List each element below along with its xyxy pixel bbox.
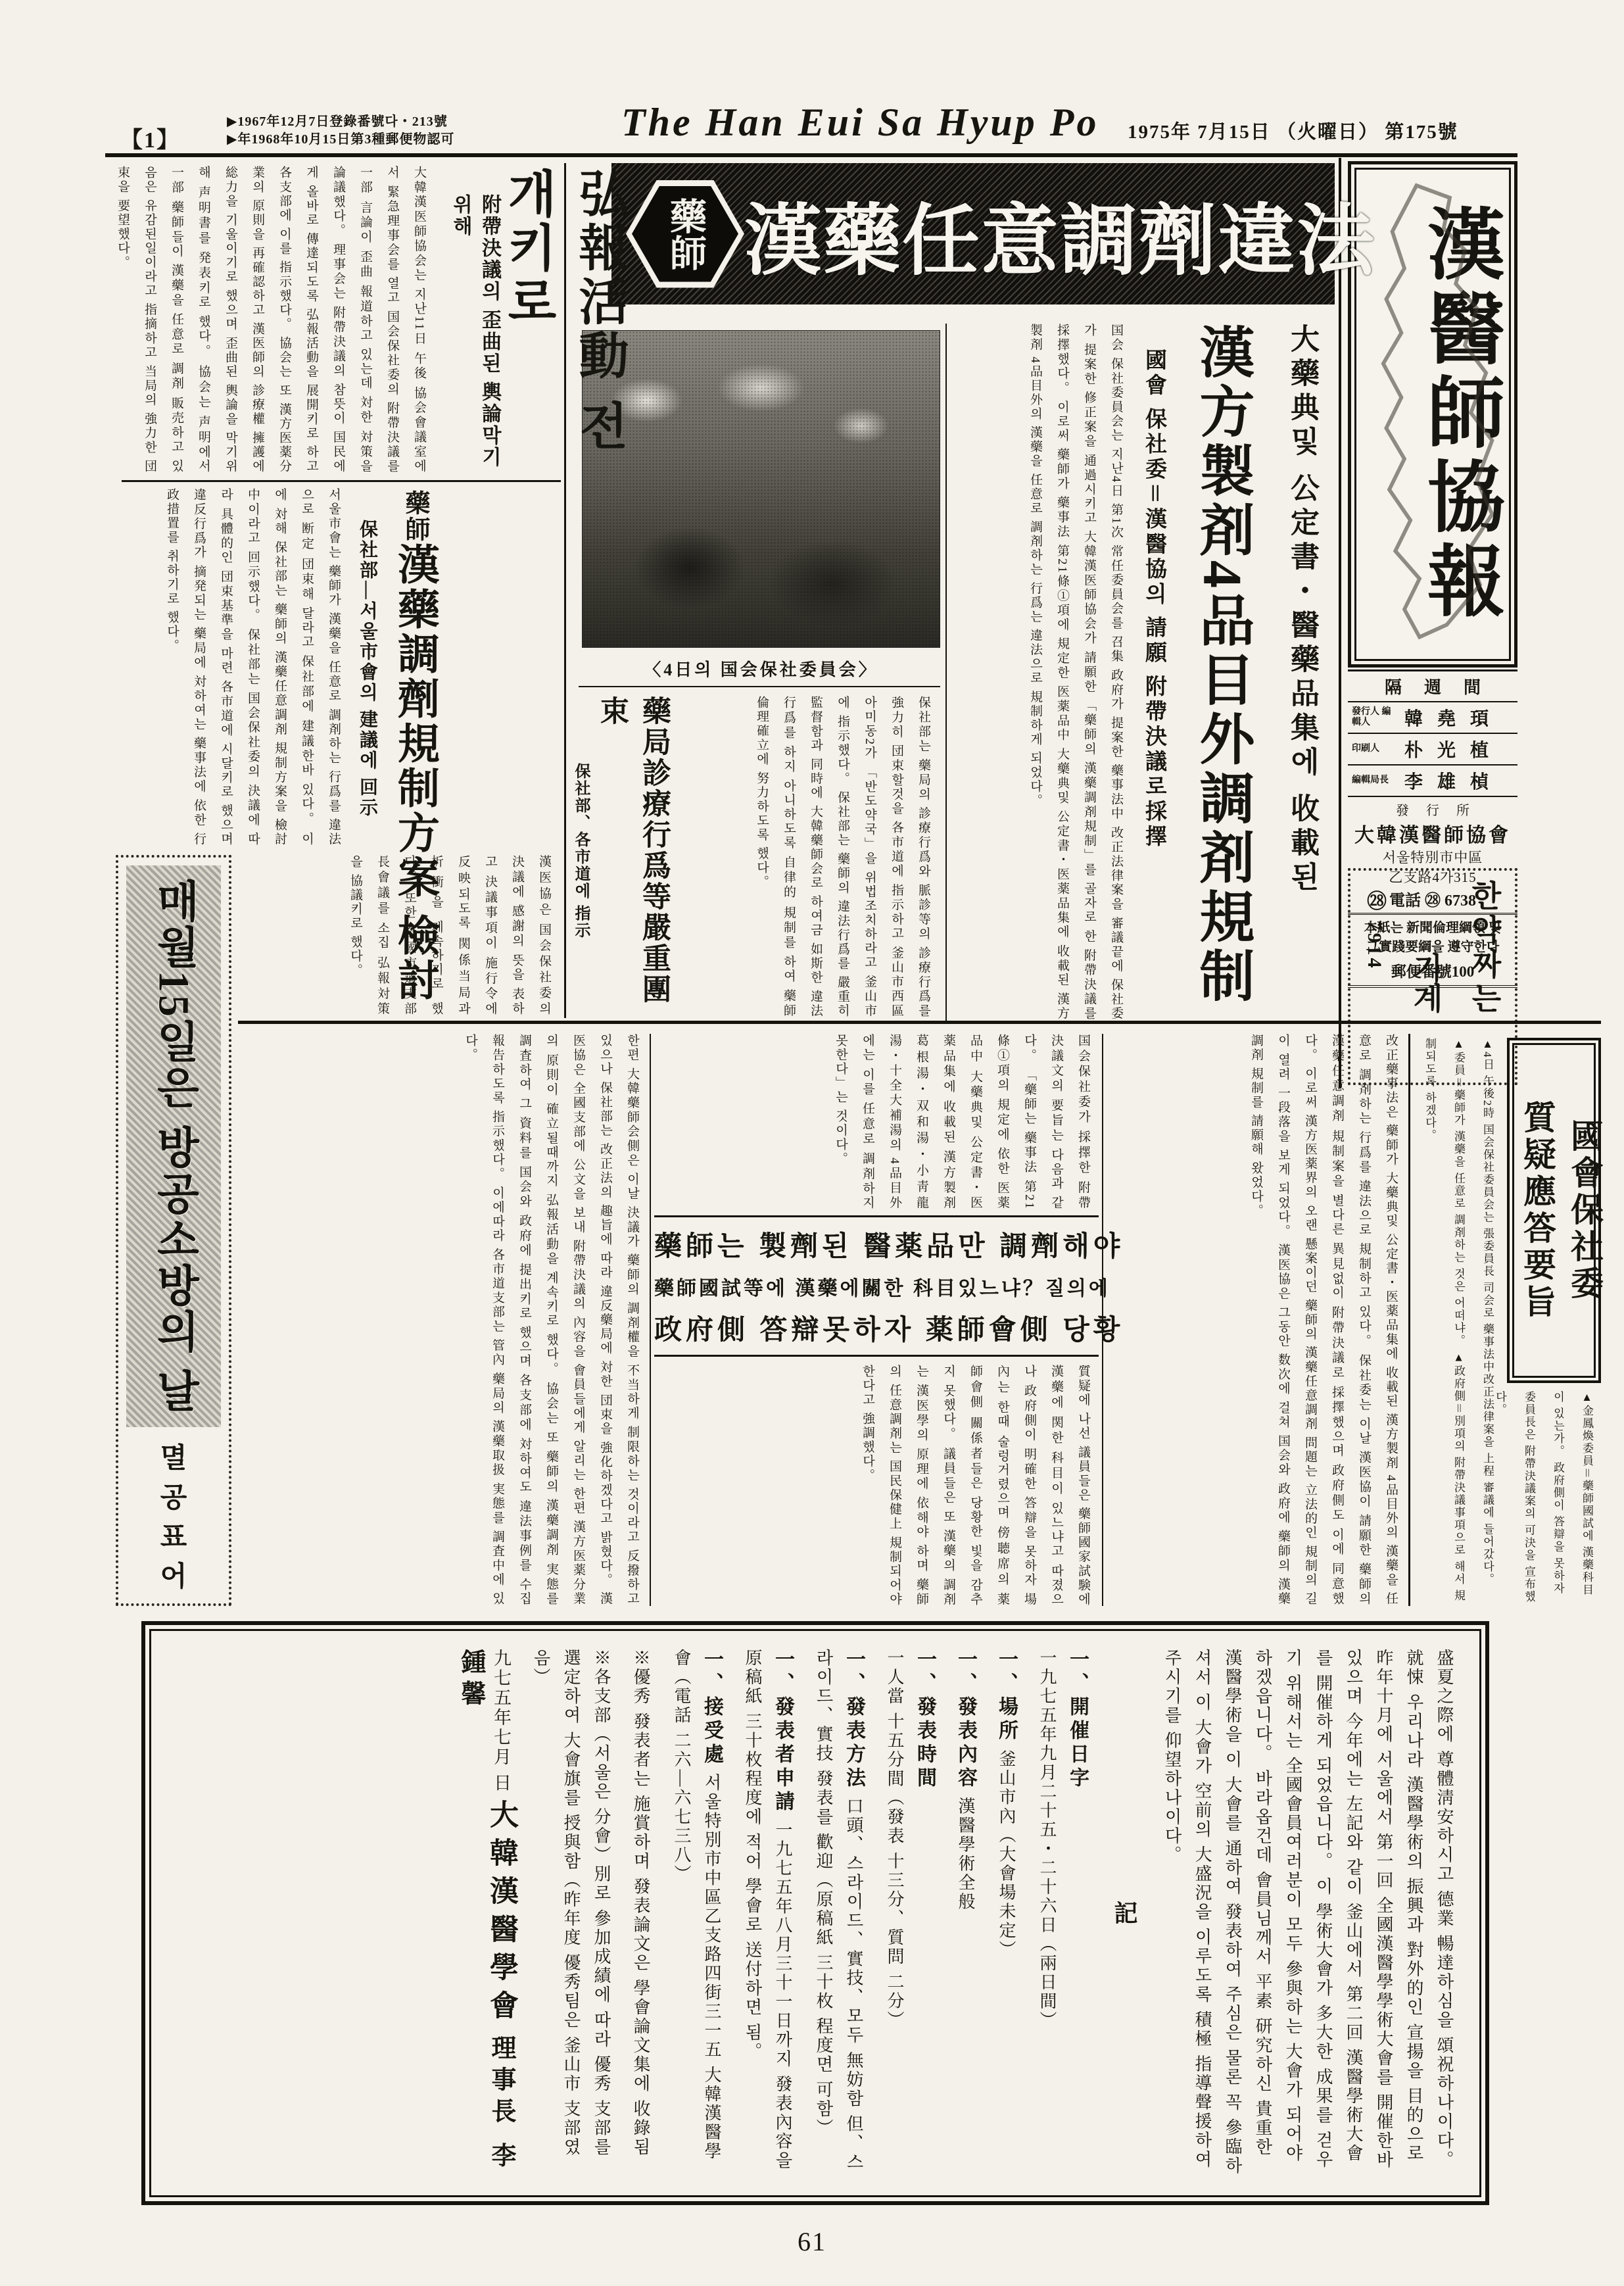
congress-announcement-box: 盛夏之際에 尊體淸安하시고 德業 暢達하심을 頌祝하나이다。 就悚 우리나라 漢…	[141, 1621, 1489, 2205]
page-marker: 【1】	[120, 122, 180, 154]
list-item: 編輯局長 李雄楨	[1348, 766, 1517, 797]
frequency-label: 隔週間	[1348, 669, 1517, 702]
staff-list: 發行人 編輯人 韓堯頊印刷人 朴光植編輯局長 李雄楨	[1348, 702, 1517, 797]
lead-subhead: 國會 保社委＝漢醫協의 請願 附帶決議로採擇	[1139, 349, 1170, 1006]
banner-hatch: 매월15일은 방공소방의 날	[126, 865, 221, 1427]
registration-lines: ▶1967年12月7日登錄番號다・213號 ▶年1968年10月15日第3種郵便…	[227, 113, 454, 149]
list-item: 印刷人 朴光植	[1348, 734, 1517, 766]
korea-peninsula-outline	[1359, 176, 1510, 652]
topleft-divider	[122, 480, 561, 482]
review-kicker: 藥師	[401, 490, 429, 543]
list-item: ※優秀 發表者는 施賞하며 發表論文은 學會論文集에 收錄됨	[625, 1649, 656, 2177]
mid-divider-2	[1102, 1034, 1103, 1606]
list-item: 一、接受處 서울特別市中區乙支路四街三一五 大韓漢醫學會（電話 二六—六七三八）	[666, 1649, 727, 2177]
mid-right-body: 改正藥事法은 藥師가 大藥典및 公定書・医薬品集에 收載된 漢方製剤 4品目外의…	[1107, 1034, 1404, 1606]
promo-body: 大韓漢医師協会는 지난11日 午後 協会會議室에서 緊急理事会를 열고 国会保社…	[124, 166, 433, 474]
photo-caption: 〈4日의 国会保社委員会〉	[582, 656, 940, 681]
qa-headline-b: 質疑應答要旨	[1514, 1100, 1561, 1321]
mid-divider-3	[1408, 1034, 1410, 1606]
lead-body: 国会 保社委員会는 지난4日 第1次 常任委員会를 召集 政府가 提案한 藥事法…	[952, 324, 1130, 1021]
publisher-address-1: 서울特別市中區	[1348, 848, 1517, 867]
publisher-name: 大韓漢醫師協會	[1348, 819, 1517, 848]
issue-date: 1975年 7月15日 （火曜日） 第175號	[1128, 117, 1458, 144]
review-body: 서울市會는 藥師가 漢藥을 任意로 調剤하는 行爲를 違法으로 断定 団束해 달…	[124, 488, 347, 846]
news-photo	[582, 330, 940, 648]
masthead-romanized: The Han Eui Sa Hyup Po	[621, 100, 1099, 145]
signature-org: 大韓漢醫學會	[485, 1799, 517, 2028]
registration-line-1: ▶1967年12月7日登錄番號다・213號	[227, 113, 454, 131]
banner-footer: 멸공표어	[126, 1427, 221, 1595]
main-headline: 漢藥任意調劑違法	[744, 178, 1375, 290]
announcement-flow: 盛夏之際에 尊體淸安하시고 德業 暢達하심을 頌祝하나이다。 就悚 우리나라 漢…	[172, 1649, 1459, 2177]
announcement-greeting: 盛夏之際에 尊體淸安하시고 德業 暢達하심을 頌祝하나이다。 就悚 우리나라 漢…	[1162, 1649, 1454, 2176]
center-headline-3: 政府側 答辯못하자 薬師會側 당황	[654, 1308, 1099, 1348]
mid-divider-1	[650, 1034, 651, 1606]
center-headline-block: 藥師는 製劑된 醫薬品만 調劑해야 藥師國試等에 漢藥에關한 科目있느냐？질의에…	[654, 1215, 1099, 1357]
main-banner: 藥師 漢藥任意調劑違法	[611, 163, 1335, 304]
right-column-divider	[1339, 158, 1341, 1088]
center-headline-2: 藥師國試等에 漢藥에關한 科目있느냐？질의에	[654, 1272, 1099, 1301]
qa-headline-a: 國會保社委	[1561, 1119, 1608, 1303]
pharmacist-badge-inner: 藥師	[632, 186, 738, 282]
list-item: 一、發表內容 漢醫學術全般	[950, 1649, 980, 2177]
badge-label: 藥師	[659, 197, 711, 271]
publisher-label: 發行所	[1348, 800, 1517, 819]
list-item: ※各支部（서울은 分會）別로 參加成績에 따라 優秀 支部를 選定하여 大會旗를…	[525, 1649, 616, 2177]
announcement-items: 一、開催日字 一九七五年九月二十五・二十六日（兩日間）一、場所 釜山市內（大會場…	[666, 1649, 1092, 2177]
review-body-2: 漢医協은 国会保社委의 決議에 感謝의 뜻을 表하고 決議事項이 施行令에 反映…	[242, 855, 558, 1016]
list-item: 一、場所 釜山市內（大會場未定）	[991, 1649, 1021, 2177]
header-divider	[105, 153, 1517, 157]
qa-body-2: ▲金鳳煥委員＝藥師國試에 漢藥科目이 있는가。 政府側이 答辯을 못하자 委員長…	[1507, 1391, 1601, 1605]
civil-defense-banner: 매월15일은 방공소방의 날 멸공표어	[116, 855, 231, 1606]
mid-left-body: 한편 大韓藥師会側은 이날 決議가 藥師의 調剤權을 不当하게 制限하는 것이라…	[243, 1034, 646, 1606]
qa-body-1: ▲4日 午後2時 国会保社委員会는 張委員長 司会로 藥事法中改正法律案을 上程…	[1415, 1038, 1502, 1603]
promo-subhead: 附帶決議의 歪曲된 輿論막기위해	[446, 194, 504, 477]
lead-kicker: 大藥典및 公定書・醫藥品集에 收載된	[1281, 324, 1323, 1034]
crackdown-body: 保社部는 藥局의 診療行爲와 脈診等의 診療行爲를 強力히 団束할것을 各市道에…	[648, 696, 937, 1018]
banner-slogan: 매월15일은 방공소방의 날	[143, 879, 205, 1415]
mid-center-top-body: 国会保社委가 採擇한 附帶決議文의 要旨는 다음과 같다。 「藥師는 藥事法 第…	[656, 1034, 1097, 1210]
center-headline-1: 藥師는 製劑된 醫薬品만 調劑해야	[654, 1225, 1099, 1264]
middle-band-divider	[238, 1021, 1601, 1024]
list-item: 一、發表方法 口頭、스라이드、實技、모두 無妨함 但、스라이드、實技 發表를 歡…	[808, 1649, 869, 2177]
list-item: 一、發表者申請 一九七五年八月三十一日까지 發表內容을 原稿紙 三十枚程度에 적…	[737, 1649, 798, 2177]
pharmacist-badge: 藥師	[626, 180, 744, 288]
promo-headline: 弘報活動 전개키로	[492, 168, 635, 477]
lead-divider	[945, 324, 947, 1021]
announcement-date: 九七五年七月 日	[491, 1649, 511, 1793]
list-item: 發行人 編輯人 韓堯頊	[1348, 702, 1517, 734]
mid-center-bottom-body: 質疑에 나선 議員들은 藥師國家試験에 漢藥에 関한 科目이 있느냐고 따졌으나…	[656, 1365, 1097, 1607]
crackdown-subhead: 保社部、各市道에 指示	[569, 763, 592, 1019]
caption-divider	[579, 686, 940, 687]
qa-headline-box: 國會保社委 質疑應答要旨	[1507, 1038, 1601, 1383]
list-item: 一、發表時間 一人當 十五分間（發表 十三分、質問 二分）	[879, 1649, 940, 2177]
page-number: 61	[746, 2226, 878, 2257]
lead-headline: 漢方製剤4品目外調剤規制	[1182, 324, 1262, 1040]
newspaper-page: 【1】 ▶1967年12月7日登錄番號다・213號 ▶年1968年10月15日第…	[0, 0, 1624, 2286]
left-region-divider	[564, 163, 566, 1018]
review-subhead: 保社部—서울市會의 建議에 回示	[354, 520, 380, 862]
list-item: 一、開催日字 一九七五年九月二十五・二十六日（兩日間）	[1032, 1649, 1092, 2177]
record-label: 記	[1109, 1649, 1139, 2177]
registration-line-2: ▶年1968年10月15日第3種郵便物認可	[227, 131, 454, 149]
halftone-overlay	[583, 331, 940, 647]
announcement-notes: ※優秀 發表者는 施賞하며 發表論文은 學會論文集에 收錄됨※各支部（서울은 分…	[525, 1649, 656, 2177]
